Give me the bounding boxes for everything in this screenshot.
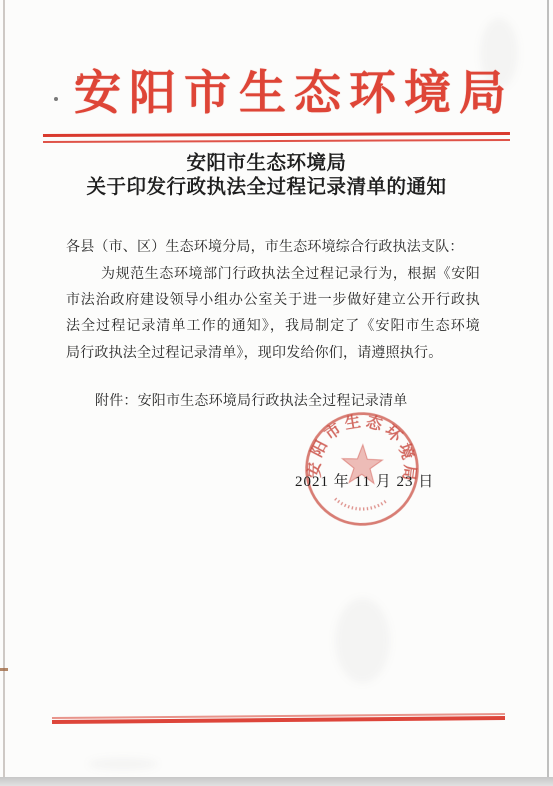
body-line: 局行政执法全过程记录清单》，现印发给你们，请遵照执行。 <box>66 342 480 364</box>
scan-smudge <box>335 598 390 683</box>
attachment-line: 附件：安阳市生态环境局行政执法全过程记录清单 <box>95 390 495 412</box>
official-seal-stamp: 安阳市生态环境局 <box>302 409 422 529</box>
body-line: 法全过程记录清单工作的通知》，我局制定了《安阳市生态环境 <box>66 315 480 337</box>
scan-smudge <box>88 758 158 770</box>
document-date: 2021 年 11 月 23 日 <box>295 470 434 491</box>
salutation-line: 各县（市、区）生态环境分局，市生态环境综合行政执法支队： <box>66 236 480 258</box>
document-title: 安阳市生态环境局 关于印发行政执法全过程记录清单的通知 <box>30 152 503 200</box>
agency-letterhead: 安阳市生态环境局 <box>40 56 540 123</box>
body-line: 为规范生态环境部门行政执法全过程记录行为，根据《安阳 <box>66 263 480 285</box>
body-line: 市法治政府建设领导小组办公室关于进一步做好建立公开行政执 <box>66 289 480 311</box>
page-bottom-shadow <box>0 777 553 786</box>
scan-edge-mark <box>0 668 8 671</box>
page-left-edge <box>3 0 5 779</box>
page-right-edge <box>547 0 549 779</box>
footer-divider-line <box>52 713 505 723</box>
document-title-line1: 安阳市生态环境局 <box>30 152 503 176</box>
scanned-document-page: 安阳市生态环境局 安阳市生态环境局 关于印发行政执法全过程记录清单的通知 各县（… <box>0 0 553 786</box>
document-title-line2: 关于印发行政执法全过程记录清单的通知 <box>30 176 503 200</box>
letterhead-divider-line <box>43 132 510 143</box>
seal-microtext <box>335 499 387 510</box>
